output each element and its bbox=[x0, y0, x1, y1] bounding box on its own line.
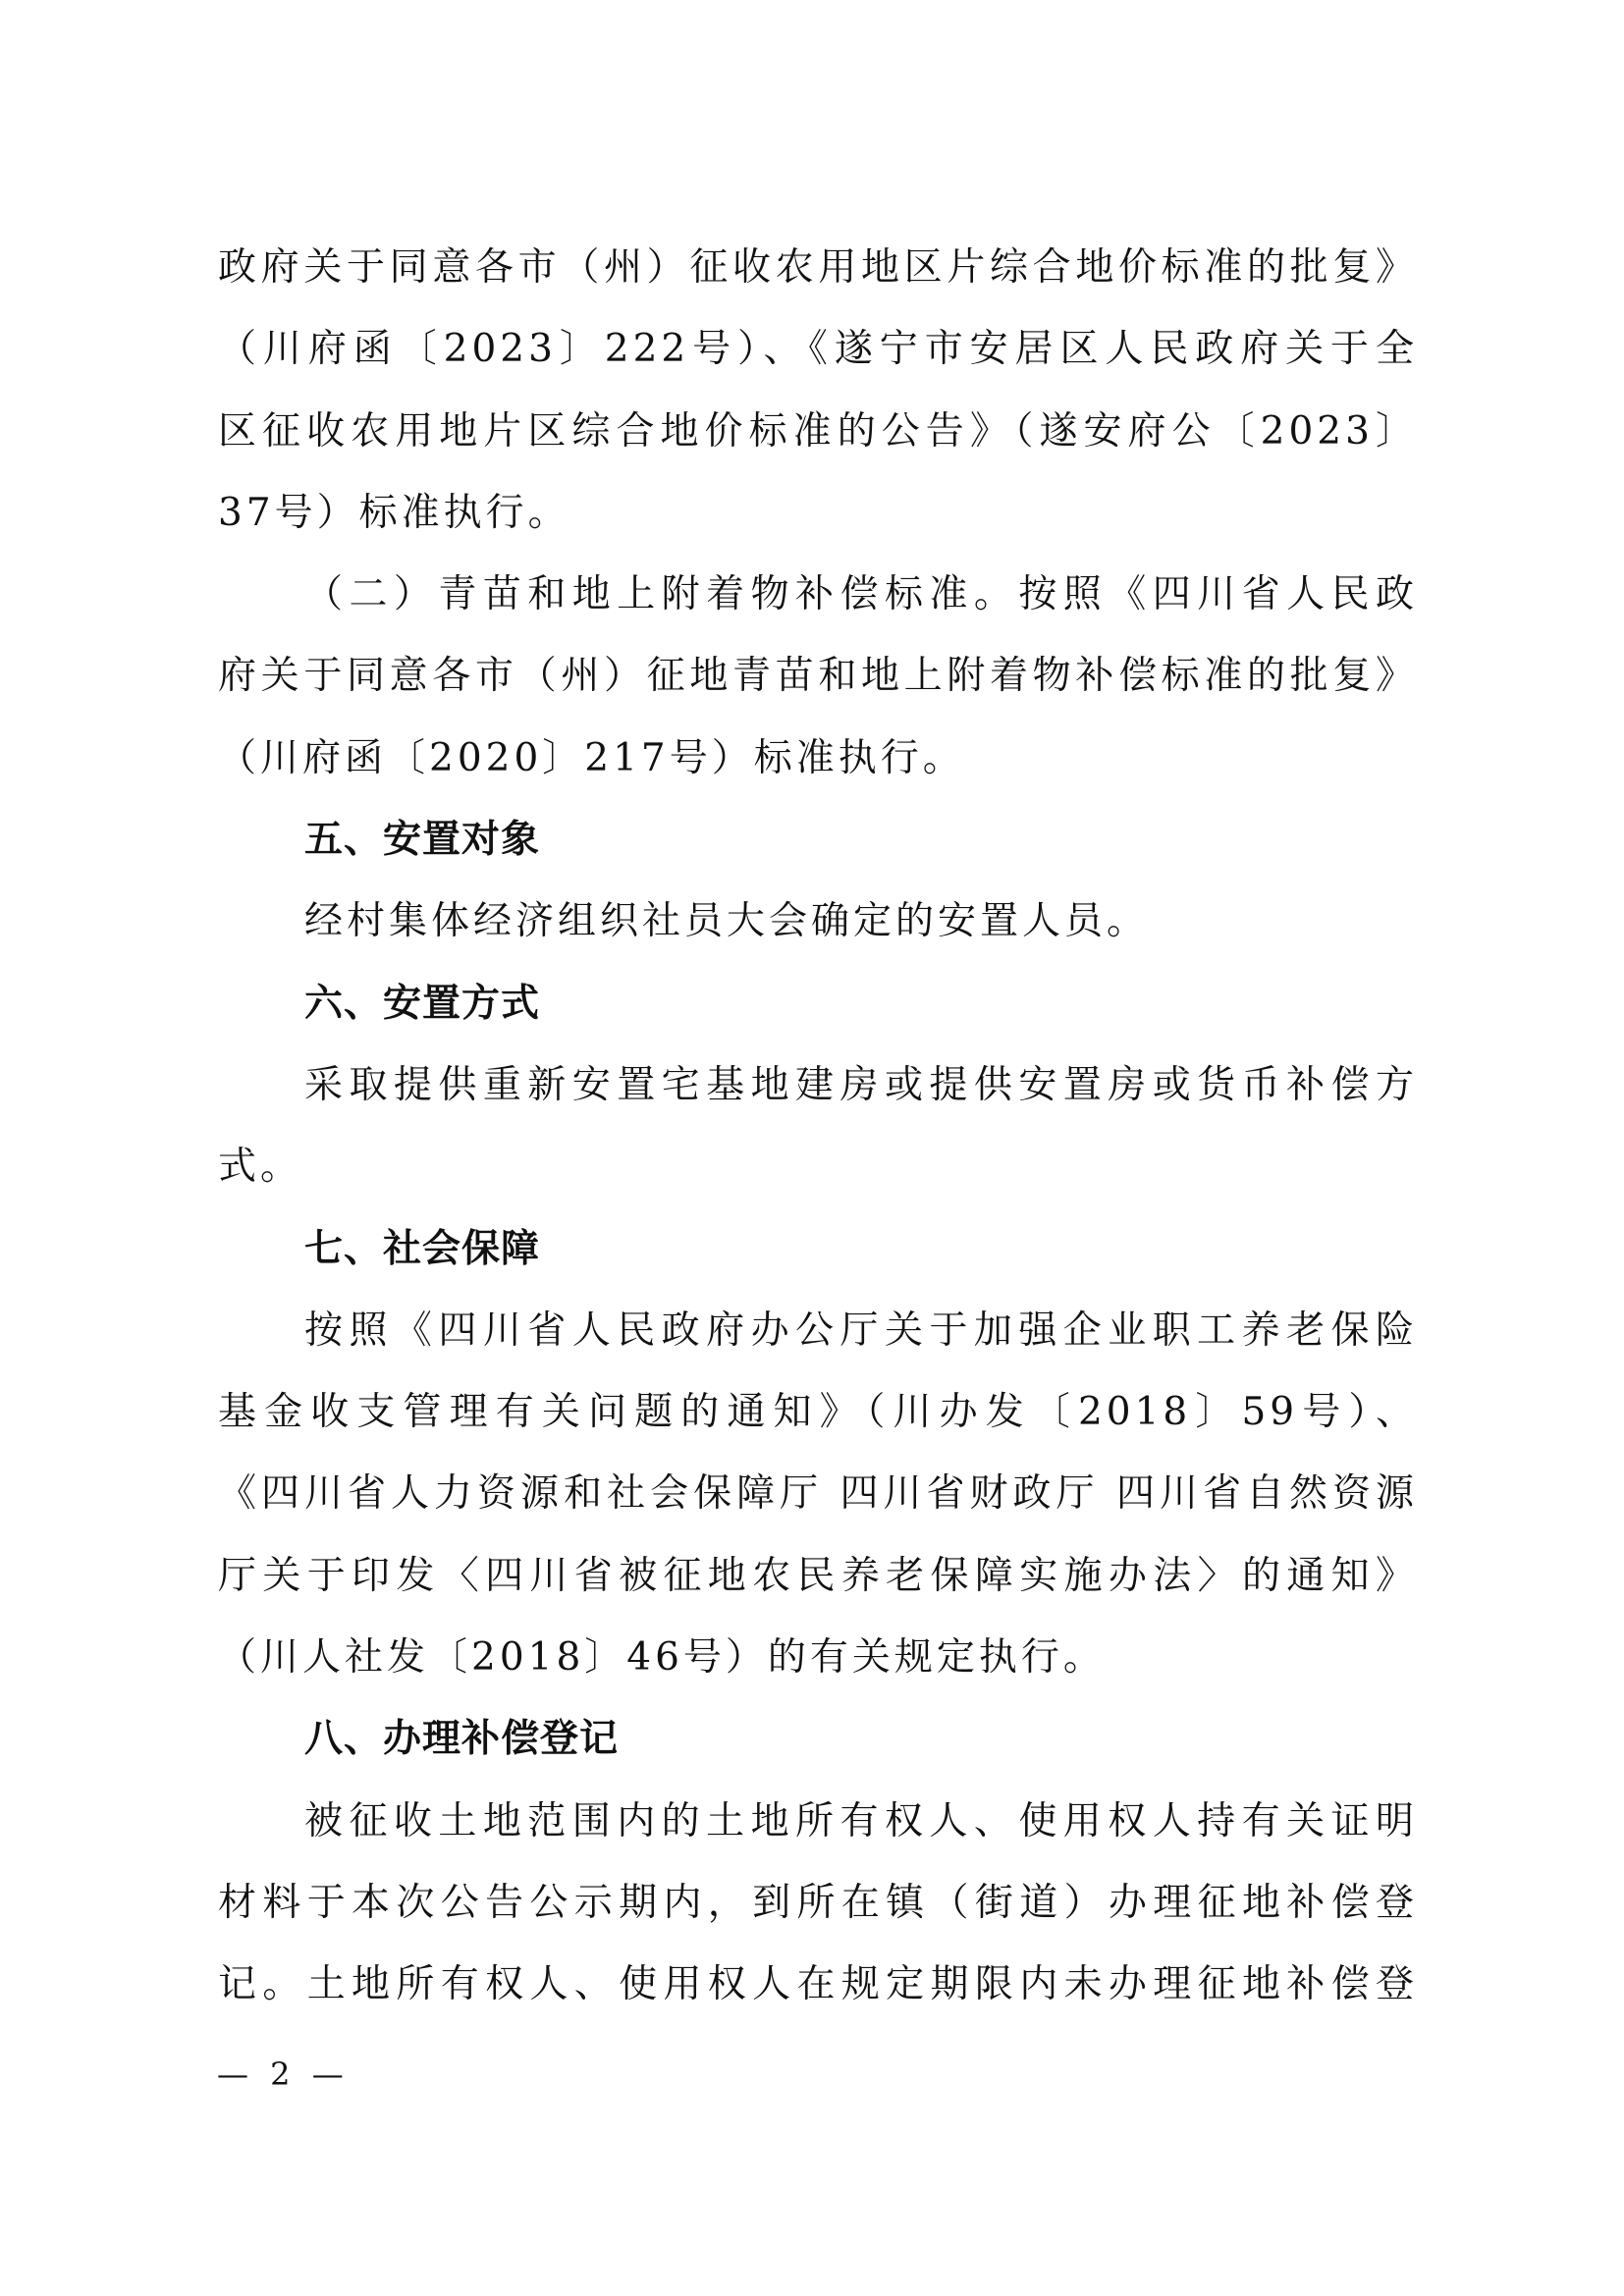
body-line: 采取提供重新安置宅基地建房或提供安置房或货币补偿方 bbox=[218, 1044, 1418, 1126]
document-page: 政府关于同意各市（州）征收农用地区片综合地价标准的批复》 （川府函〔2023〕2… bbox=[0, 0, 1624, 2296]
body-line: 厅关于印发〈四川省被征地农民养老保障实施办法〉的通知》 bbox=[218, 1535, 1418, 1617]
body-line: 府关于同意各市（州）征地青苗和地上附着物补偿标准的批复》 bbox=[218, 635, 1418, 717]
section-heading-6: 六、安置方式 bbox=[218, 963, 1418, 1044]
document-body: 政府关于同意各市（州）征收农用地区片综合地价标准的批复》 （川府函〔2023〕2… bbox=[218, 227, 1418, 2026]
body-line: 经村集体经济组织社员大会确定的安置人员。 bbox=[218, 881, 1418, 962]
section-heading-5: 五、安置对象 bbox=[218, 799, 1418, 881]
body-line: 区征收农用地片区综合地价标准的公告》（遂安府公〔2023〕 bbox=[218, 391, 1418, 472]
body-line: （川人社发〔2018〕46号）的有关规定执行。 bbox=[218, 1617, 1418, 1698]
body-line: 按照《四川省人民政府办公厅关于加强企业职工养老保险 bbox=[218, 1290, 1418, 1371]
section-heading-8: 八、办理补偿登记 bbox=[218, 1698, 1418, 1780]
page-number: — 2 — bbox=[217, 2056, 350, 2093]
body-line: 被征收土地范围内的土地所有权人、使用权人持有关证明 bbox=[218, 1781, 1418, 1862]
body-line: （川府函〔2020〕217号）标准执行。 bbox=[218, 718, 1418, 799]
subsection-two-line: （二）青苗和地上附着物补偿标准。按照《四川省人民政 bbox=[218, 554, 1418, 635]
body-line: 记。土地所有权人、使用权人在规定期限内未办理征地补偿登 bbox=[218, 1944, 1418, 2025]
body-line: 37号）标准执行。 bbox=[218, 472, 1418, 554]
body-line: 式。 bbox=[218, 1126, 1418, 1207]
body-line: 《四川省人力资源和社会保障厅 四川省财政厅 四川省自然资源 bbox=[218, 1453, 1418, 1534]
body-line: 政府关于同意各市（州）征收农用地区片综合地价标准的批复》 bbox=[218, 227, 1418, 308]
section-heading-7: 七、社会保障 bbox=[218, 1208, 1418, 1290]
body-line: （川府函〔2023〕222号）、《遂宁市安居区人民政府关于全 bbox=[218, 308, 1418, 390]
body-line: 基金收支管理有关问题的通知》（川办发〔2018〕59号）、 bbox=[218, 1371, 1418, 1453]
body-line: 材料于本次公告公示期内，到所在镇（街道）办理征地补偿登 bbox=[218, 1862, 1418, 1944]
